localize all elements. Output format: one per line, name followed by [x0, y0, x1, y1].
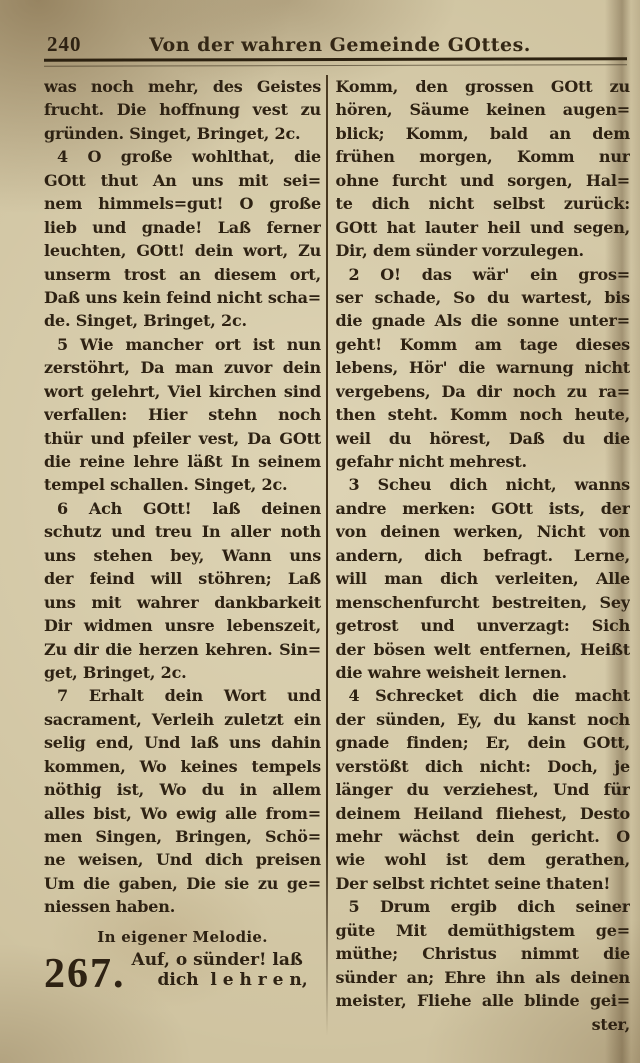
- text-line: mehr wächst dein gericht. O: [336, 825, 631, 848]
- text-line: die gnade Als die sonne unter=: [336, 309, 631, 332]
- text-line: der bösen welt entfernen, Heißt: [336, 638, 631, 661]
- text-line: 2 O! das wär' ein gros=: [336, 263, 631, 286]
- text-line: die reine lehre läßt In seinem: [44, 450, 321, 473]
- hymn-first-words: Auf, o sünder! laß dich l e h r e n,: [126, 948, 308, 990]
- text-line: uns mit wahrer dankbarkeit: [44, 591, 321, 614]
- text-line: 5 Drum ergib dich seiner: [336, 895, 631, 918]
- text-line: frucht. Die hoffnung vest zu: [44, 98, 321, 121]
- text-line: gnade finden; Er, dein GOtt,: [336, 731, 631, 754]
- text-line: 6 Ach GOtt! laß deinen: [44, 497, 321, 520]
- text-line: selig end, Und laß uns dahin: [44, 731, 321, 754]
- text-line: niessen haben.: [44, 895, 321, 918]
- text-line: deinem Heiland fliehest, Desto: [336, 802, 631, 825]
- text-line: geht! Komm am tage dieses: [336, 333, 631, 356]
- left-column: was noch mehr, des Geistesfrucht. Die ho…: [44, 75, 321, 1036]
- text-line: weil du hörest, Daß du die: [336, 427, 631, 450]
- text-line: sacrament, Verleih zuletzt ein: [44, 708, 321, 731]
- text-line: alles bist, Wo ewig alle from=: [44, 802, 321, 825]
- hymn-first-words-line1: Auf, o sünder! laß: [132, 950, 308, 970]
- text-line: andre merken: GOtt ists, der: [336, 497, 631, 520]
- text-line: ohne furcht und sorgen, Hal=: [336, 169, 631, 192]
- text-line: nöthig ist, Wo du in allem: [44, 778, 321, 801]
- text-line: der feind will stöhren; Laß: [44, 567, 321, 590]
- hymn-number: 267.: [44, 948, 126, 1000]
- text-line: lieb und gnade! Laß ferner: [44, 216, 321, 239]
- text-line: Der selbst richtet seine thaten!: [336, 872, 631, 895]
- hymn-first-words-line2: dich l e h r e n,: [132, 970, 308, 990]
- text-line: tempel schallen. Singet, 2c.: [44, 473, 321, 496]
- text-line: leuchten, GOtt! dein wort, Zu: [44, 239, 321, 262]
- text-line: Zu dir die herzen kehren. Sin=: [44, 638, 321, 661]
- left-column-lines: was noch mehr, des Geistesfrucht. Die ho…: [44, 75, 321, 919]
- melody-note: In eigener Melodie.: [44, 928, 321, 946]
- page-number: 240: [47, 32, 82, 57]
- text-line: Dir widmen unsre lebenszeit,: [44, 614, 321, 637]
- text-line: men Singen, Bringen, Schö=: [44, 825, 321, 848]
- text-line: verfallen: Hier stehn noch: [44, 403, 321, 426]
- text-line: will man dich verleiten, Alle: [336, 567, 631, 590]
- text-line: sünder an; Ehre ihn als deinen: [336, 966, 631, 989]
- text-line: 4 Schrecket dich die macht: [336, 684, 631, 707]
- page-header: 240 Von der wahren Gemeinde GOttes.: [0, 0, 640, 58]
- text-line: müthe; Christus nimmt die: [336, 942, 631, 965]
- text-line: lebens, Hör' die warnung nicht: [336, 356, 631, 379]
- header-rule: [44, 57, 627, 67]
- text-line: güte Mit demüthigstem ge=: [336, 919, 631, 942]
- text-line: vergebens, Da dir noch zu ra=: [336, 380, 631, 403]
- scanned-hymnal-page: { "page": { "number": "240", "header": "…: [0, 0, 640, 1063]
- text-line: gefahr nicht mehrest.: [336, 450, 631, 473]
- text-line: Um die gaben, Die sie zu ge=: [44, 872, 321, 895]
- text-line: verstößt dich nicht: Doch, je: [336, 755, 631, 778]
- text-line: gründen. Singet, Bringet, 2c.: [44, 122, 321, 145]
- text-line: 3 Scheu dich nicht, wanns: [336, 473, 631, 496]
- hymn-start: 267. Auf, o sünder! laß dich l e h r e n…: [44, 948, 321, 1000]
- text-line: wie wohl ist dem gerathen,: [336, 848, 631, 871]
- text-line: uns stehen bey, Wann uns: [44, 544, 321, 567]
- text-line: länger du verziehest, Und für: [336, 778, 631, 801]
- text-line: Komm, den grossen GOtt zu: [336, 75, 631, 98]
- text-line: 5 Wie mancher ort ist nun: [44, 333, 321, 356]
- text-line: frühen morgen, Komm nur: [336, 145, 631, 168]
- text-line: then steht. Komm noch heute,: [336, 403, 631, 426]
- text-line: get, Bringet, 2c.: [44, 661, 321, 684]
- text-line: der sünden, Ey, du kanst noch: [336, 708, 631, 731]
- text-line: thür und pfeiler vest, Da GOtt: [44, 427, 321, 450]
- right-column-lines: Komm, den grossen GOtt zuhören, Säume ke…: [336, 75, 631, 1036]
- text-line: Dir, dem sünder vorzulegen.: [336, 239, 631, 262]
- text-line: die wahre weisheit lernen.: [336, 661, 631, 684]
- text-line: kommen, Wo keines tempels: [44, 755, 321, 778]
- text-line: te dich nicht selbst zurück:: [336, 192, 631, 215]
- right-column: Komm, den grossen GOtt zuhören, Säume ke…: [328, 75, 631, 1036]
- text-line: menschenfurcht bestreiten, Sey: [336, 591, 631, 614]
- text-line: meister, Fliehe alle blinde gei=: [336, 989, 631, 1012]
- text-line: getrost und unverzagt: Sich: [336, 614, 631, 637]
- text-line: 7 Erhalt dein Wort und: [44, 684, 321, 707]
- text-line: 4 O große wohlthat, die: [44, 145, 321, 168]
- text-line: ne weisen, Und dich preisen: [44, 848, 321, 871]
- text-line: nem himmels=gut! O große: [44, 192, 321, 215]
- text-line: zerstöhrt, Da man zuvor dein: [44, 356, 321, 379]
- text-line: was noch mehr, des Geistes: [44, 75, 321, 98]
- text-line: von deinen werken, Nicht von: [336, 520, 631, 543]
- text-columns: was noch mehr, des Geistesfrucht. Die ho…: [0, 66, 640, 1036]
- text-line: hören, Säume keinen augen=: [336, 98, 631, 121]
- text-line: schutz und treu In aller noth: [44, 520, 321, 543]
- text-line: ster,: [336, 1013, 631, 1036]
- text-line: unserm trost an diesem ort,: [44, 263, 321, 286]
- running-title: Von der wahren Gemeinde GOttes.: [120, 34, 560, 56]
- text-line: GOtt thut An uns mit sei=: [44, 169, 321, 192]
- text-line: wort gelehrt, Viel kirchen sind: [44, 380, 321, 403]
- text-line: ser schade, So du wartest, bis: [336, 286, 631, 309]
- text-line: andern, dich befragt. Lerne,: [336, 544, 631, 567]
- text-line: GOtt hat lauter heil und segen,: [336, 216, 631, 239]
- text-line: Daß uns kein feind nicht scha=: [44, 286, 321, 309]
- text-line: blick; Komm, bald an dem: [336, 122, 631, 145]
- text-line: de. Singet, Bringet, 2c.: [44, 309, 321, 332]
